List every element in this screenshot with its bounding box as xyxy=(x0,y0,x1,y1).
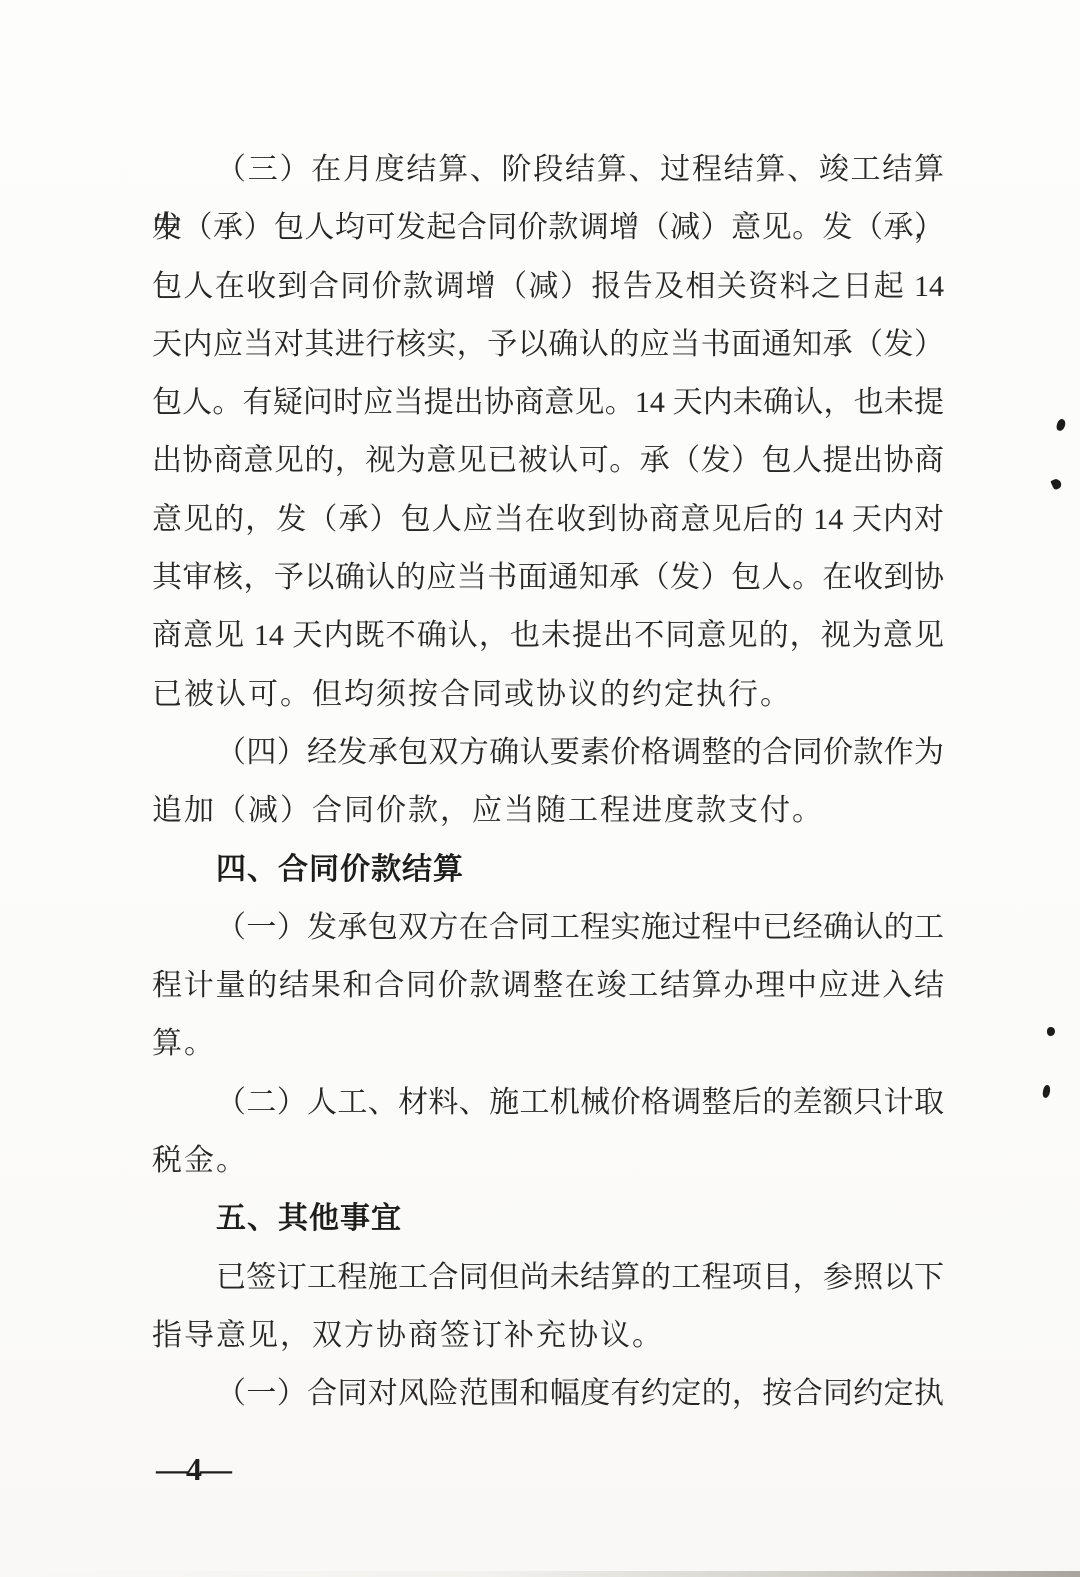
text-line: 意见的，发（承）包人应当在收到协商意见后的 14 天内对 xyxy=(152,491,944,549)
section-heading: 五、其他事宜 xyxy=(152,1190,944,1248)
text-line: 发（承）包人均可发起合同价款调增（减）意见。发（承） xyxy=(152,199,944,257)
text-line: 指导意见，双方协商签订补充协议。 xyxy=(152,1307,944,1365)
text-line: 出协商意见的，视为意见已被认可。承（发）包人提出协商 xyxy=(152,432,944,490)
text-line: 其审核，予以确认的应当书面通知承（发）包人。在收到协 xyxy=(152,549,944,607)
page-number: —4— xyxy=(156,1445,230,1493)
text-line: （一）发承包双方在合同工程实施过程中已经确认的工 xyxy=(152,899,944,957)
document-body: （三）在月度结算、阶段结算、过程结算、竣工结算中，发（承）包人均可发起合同价款调… xyxy=(152,141,944,1424)
text-line: 包人在收到合同价款调增（减）报告及相关资料之日起 14 xyxy=(152,258,944,316)
scan-speck xyxy=(1050,478,1062,491)
text-line: 程计量的结果和合同价款调整在竣工结算办理中应进入结 xyxy=(152,957,944,1015)
text-line: 税金。 xyxy=(152,1132,944,1190)
text-line: （三）在月度结算、阶段结算、过程结算、竣工结算中， xyxy=(152,141,944,199)
document-page: （三）在月度结算、阶段结算、过程结算、竣工结算中，发（承）包人均可发起合同价款调… xyxy=(0,0,1080,1577)
text-line: 追加（减）合同价款，应当随工程进度款支付。 xyxy=(152,782,944,840)
scan-edge-shadow xyxy=(0,1571,1080,1577)
text-line: 已签订工程施工合同但尚未结算的工程项目，参照以下 xyxy=(152,1249,944,1307)
text-line: 包人。有疑问时应当提出协商意见。14 天内未确认，也未提 xyxy=(152,374,944,432)
section-heading: 四、合同价款结算 xyxy=(152,841,944,899)
text-line: 天内应当对其进行核实，予以确认的应当书面通知承（发） xyxy=(152,316,944,374)
text-line: 算。 xyxy=(152,1015,944,1073)
text-line: 已被认可。但均须按合同或协议的约定执行。 xyxy=(152,666,944,724)
scan-speck xyxy=(1055,418,1066,432)
scan-speck xyxy=(1042,1084,1051,1098)
text-line: （二）人工、材料、施工机械价格调整后的差额只计取 xyxy=(152,1074,944,1132)
text-line: （一）合同对风险范围和幅度有约定的，按合同约定执 xyxy=(152,1365,944,1423)
text-line: 商意见 14 天内既不确认，也未提出不同意见的，视为意见 xyxy=(152,607,944,665)
scan-speck xyxy=(1047,1027,1055,1036)
text-line: （四）经发承包双方确认要素价格调整的合同价款作为 xyxy=(152,724,944,782)
